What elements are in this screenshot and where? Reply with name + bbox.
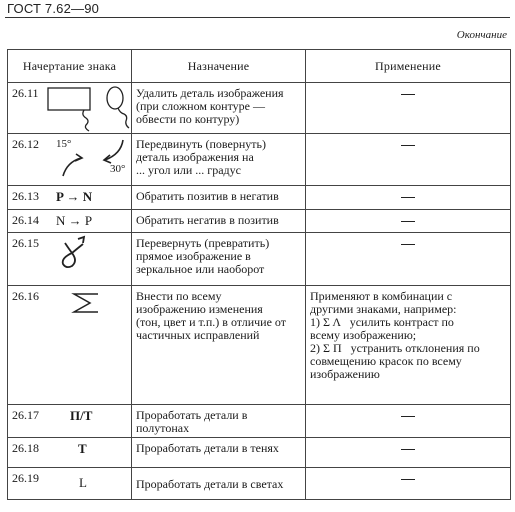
- item-number: 26.13: [12, 190, 39, 203]
- purpose-cell: Проработать детали в тенях: [132, 438, 306, 468]
- item-number: 26.19: [12, 472, 39, 485]
- mirror-flip-icon: [8, 233, 132, 286]
- continuation-label: Окончание: [457, 29, 507, 41]
- sign-cell: 26.16: [8, 286, 132, 405]
- purpose-cell: Обратить негатив в позитив: [132, 210, 306, 233]
- purpose-line: полутонах: [136, 422, 301, 435]
- dash-mark: [401, 479, 415, 480]
- purpose-cell: Удалить деталь изображения (при сложном …: [132, 83, 306, 134]
- table-row: 26.18 Т Проработать детали в тенях: [8, 438, 511, 468]
- header-purpose: Назначение: [132, 50, 306, 83]
- purpose-cell: Перевернуть (превратить) прямое изображе…: [132, 233, 306, 286]
- dash-mark: [401, 449, 415, 450]
- purpose-line: зеркальное или наоборот: [136, 263, 301, 276]
- table-row: 26.15 Перевернуть (превратить) прямое из…: [8, 233, 511, 286]
- item-number: 26.14: [12, 214, 39, 227]
- usage-cell: Применяют в комбинации с другими знаками…: [306, 286, 511, 405]
- proof-marks-table: Начертание знака Назначение Применение 2…: [7, 49, 511, 500]
- standard-code: ГОСТ 7.62—90: [7, 1, 99, 16]
- dash-mark: [401, 416, 415, 417]
- dash-mark: [401, 145, 415, 146]
- table-row: 26.19 L Проработать детали в светах: [8, 468, 511, 500]
- purpose-line: Обратить позитив в негатив: [136, 190, 301, 203]
- delete-detail-icon: [8, 83, 132, 134]
- sign-cell: 26.12 15° 30°: [8, 134, 132, 186]
- item-number: 26.18: [12, 442, 39, 455]
- sign-cell: 26.19 L: [8, 468, 132, 500]
- item-number: 26.17: [12, 409, 39, 422]
- purpose-cell: Внести по всему изображению изменения (т…: [132, 286, 306, 405]
- sign-cell: 26.11: [8, 83, 132, 134]
- purpose-cell: Передвинуть (повернуть) деталь изображен…: [132, 134, 306, 186]
- sign-glyph: P → N: [56, 190, 92, 203]
- table-row: 26.11 Удалить деталь изображения (при сл…: [8, 83, 511, 134]
- sign-cell: 26.18 Т: [8, 438, 132, 468]
- sign-glyph: N → P: [56, 214, 92, 227]
- purpose-cell: Проработать детали в светах: [132, 468, 306, 500]
- purpose-cell: Обратить позитив в негатив: [132, 186, 306, 210]
- usage-line: изображению: [310, 368, 506, 381]
- header-rule: [5, 17, 510, 18]
- dash-mark: [401, 221, 415, 222]
- table-row: 26.16 Внести по всему изображению измене…: [8, 286, 511, 405]
- usage-cell: [306, 438, 511, 468]
- usage-cell: [306, 134, 511, 186]
- sign-cell: 26.14 N → P: [8, 210, 132, 233]
- purpose-cell: Проработать детали в полутонах: [132, 405, 306, 438]
- sign-glyph: L: [79, 476, 87, 489]
- table-row: 26.12 15° 30° Передвинуть (повернуть) де…: [8, 134, 511, 186]
- table-row: 26.13 P → N Обратить позитив в негатив: [8, 186, 511, 210]
- table-row: 26.14 N → P Обратить негатив в позитив: [8, 210, 511, 233]
- usage-cell: [306, 186, 511, 210]
- usage-cell: [306, 405, 511, 438]
- table-row: 26.17 П/Т Проработать детали в полутонах: [8, 405, 511, 438]
- dash-mark: [401, 244, 415, 245]
- purpose-line: обвести по контуру): [136, 113, 301, 126]
- header-usage: Применение: [306, 50, 511, 83]
- sign-cell: 26.17 П/Т: [8, 405, 132, 438]
- usage-cell: [306, 468, 511, 500]
- purpose-line: Проработать детали в тенях: [136, 442, 301, 455]
- usage-cell: [306, 210, 511, 233]
- rotate-arrows-icon: [8, 134, 132, 186]
- dash-mark: [401, 197, 415, 198]
- header-sign: Начертание знака: [8, 50, 132, 83]
- sign-cell: 26.15: [8, 233, 132, 286]
- table-header-row: Начертание знака Назначение Применение: [8, 50, 511, 83]
- purpose-line: частичных исправлений: [136, 329, 301, 342]
- sign-glyph: П/Т: [70, 409, 92, 422]
- dash-mark: [401, 94, 415, 95]
- usage-cell: [306, 83, 511, 134]
- purpose-line: Проработать детали в светах: [136, 478, 301, 491]
- sigma-icon: [8, 286, 132, 405]
- purpose-line: ... угол или ... градус: [136, 164, 301, 177]
- sign-cell: 26.13 P → N: [8, 186, 132, 210]
- usage-cell: [306, 233, 511, 286]
- sign-glyph: Т: [78, 442, 87, 455]
- purpose-line: Обратить негатив в позитив: [136, 214, 301, 227]
